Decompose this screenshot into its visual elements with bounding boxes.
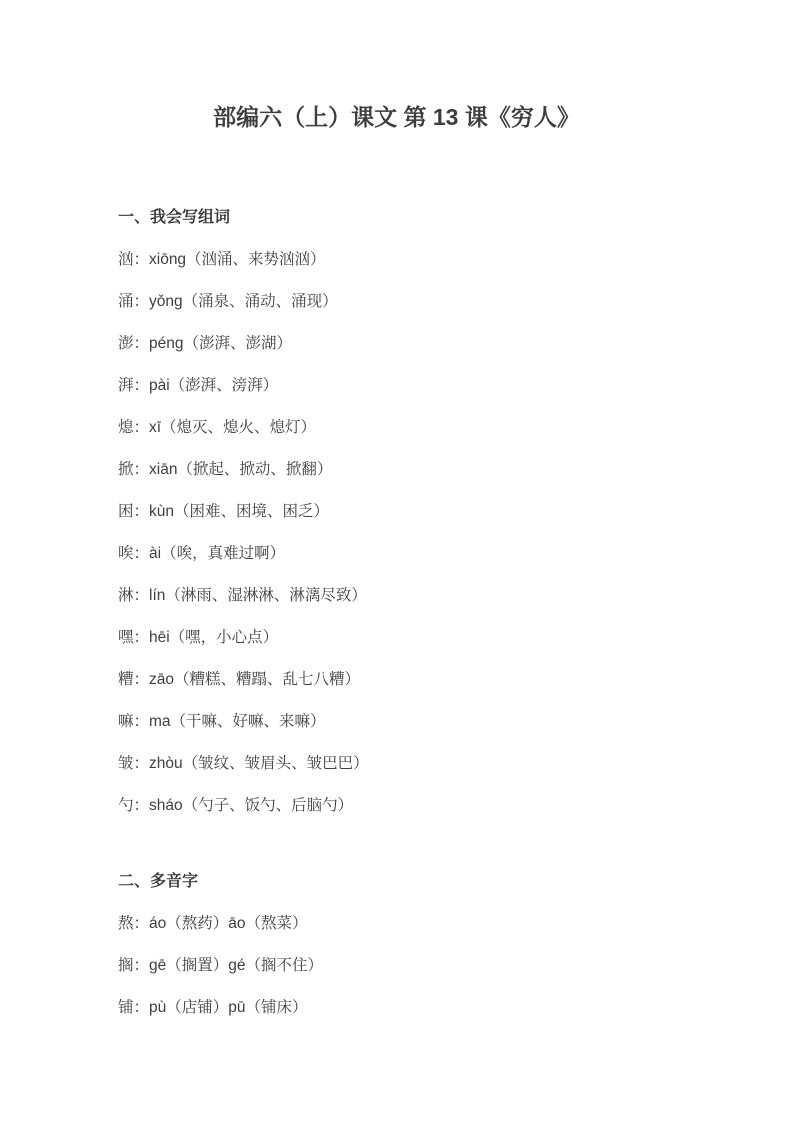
word-entry: 熄：xī（熄灭、熄火、熄灯） xyxy=(118,417,675,438)
section-write-words: 一、我会写组词 汹：xiōng（汹涌、来势汹汹） 涌：yǒng（涌泉、涌动、涌现… xyxy=(118,207,675,816)
word-entry: 掀：xiān（掀起、掀动、掀翻） xyxy=(118,459,675,480)
polyphone-entry: 熬：áo（熬药）āo（熬菜） xyxy=(118,913,675,934)
word-entry: 唉：ài（唉，真难过啊） xyxy=(118,543,675,564)
word-entry: 澎：péng（澎湃、澎湖） xyxy=(118,333,675,354)
word-entry: 涌：yǒng（涌泉、涌动、涌现） xyxy=(118,291,675,312)
word-entry: 嘿：hēi（嘿，小心点） xyxy=(118,627,675,648)
section-polyphones: 二、多音字 熬：áo（熬药）āo（熬菜） 搁：gē（搁置）gé（搁不住） 铺：p… xyxy=(118,871,675,1018)
document-title: 部编六（上）课文 第 13 课《穷人》 xyxy=(0,0,793,131)
word-entry: 糟：zāo（糟糕、糟蹋、乱七八糟） xyxy=(118,669,675,690)
word-entry: 皱：zhòu（皱纹、皱眉头、皱巴巴） xyxy=(118,753,675,774)
word-entry: 勺：sháo（勺子、饭勺、后脑勺） xyxy=(118,795,675,816)
polyphone-entry: 搁：gē（搁置）gé（搁不住） xyxy=(118,955,675,976)
word-entry: 湃：pài（澎湃、滂湃） xyxy=(118,375,675,396)
word-entry: 汹：xiōng（汹涌、来势汹汹） xyxy=(118,249,675,270)
polyphone-entry: 铺：pù（店铺）pū（铺床） xyxy=(118,997,675,1018)
document-page: 部编六（上）课文 第 13 课《穷人》 一、我会写组词 汹：xiōng（汹涌、来… xyxy=(0,0,793,1122)
word-entry: 困：kùn（困难、困境、困乏） xyxy=(118,501,675,522)
section-write-words-heading: 一、我会写组词 xyxy=(118,207,675,228)
section-polyphones-heading: 二、多音字 xyxy=(118,871,675,892)
word-entry: 淋：lín（淋雨、湿淋淋、淋漓尽致） xyxy=(118,585,675,606)
word-entry: 嘛：ma（干嘛、好嘛、来嘛） xyxy=(118,711,675,732)
